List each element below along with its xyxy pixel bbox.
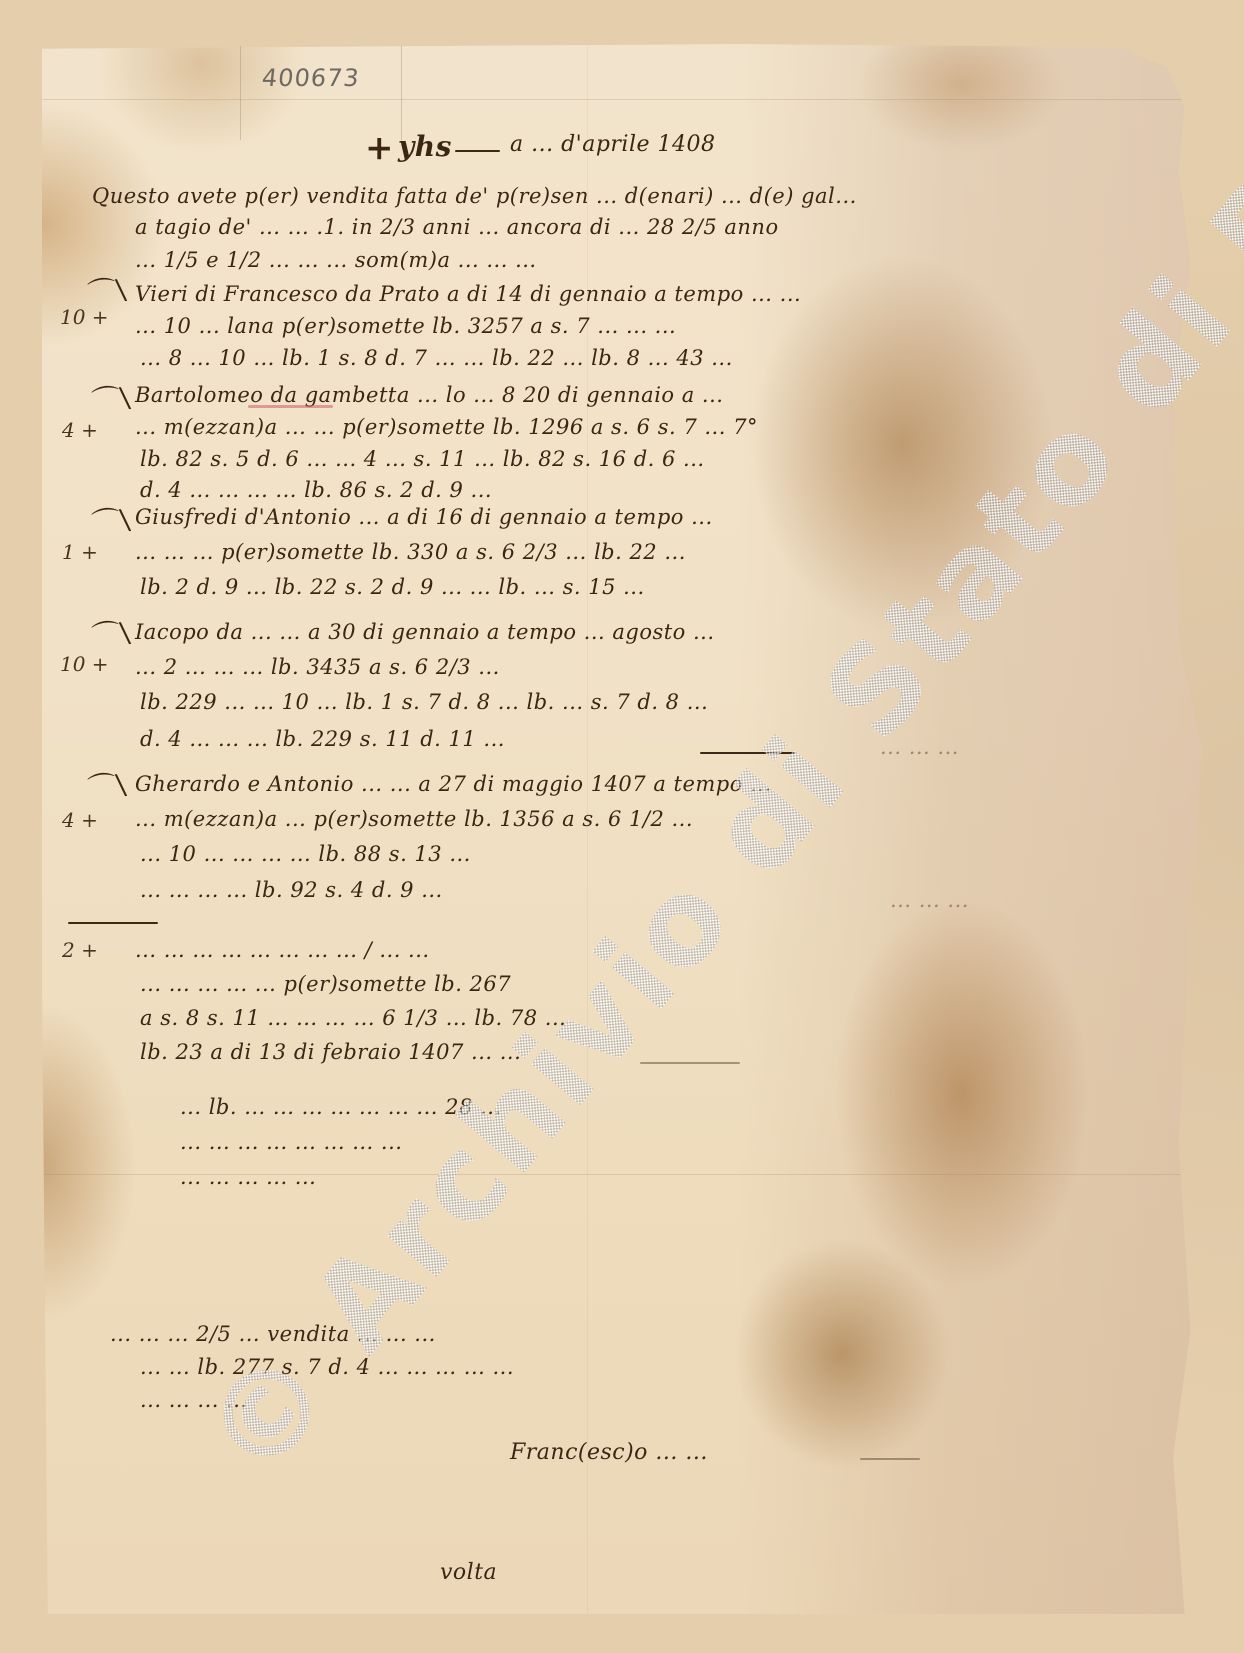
summary-line: ... ... ... ... ... [180, 1165, 316, 1189]
summary-line: ... ... ... ... ... ... ... ... [180, 1130, 402, 1154]
closing-line: ... ... ... 2/5 ... vendita ... ... ... [110, 1322, 436, 1346]
entry-line: d. 4 ... ... ... lb. 229 s. 11 d. 11 ... [140, 727, 505, 751]
entry-line: Iacopo da ... ... a 30 di gennaio a temp… [135, 620, 715, 644]
entry-margin-count: 1 + [62, 540, 98, 564]
footer-mark: volta [440, 1560, 497, 1585]
intro-line: a tagio de' ... ... .1. in 2/3 anni ... … [135, 215, 779, 239]
intro-line: ... 1/5 e 1/2 ... ... ... som(m)a ... ..… [135, 248, 537, 272]
entry-line: a s. 8 s. 11 ... ... ... ... 6 1/3 ... l… [140, 1006, 566, 1030]
entry-mark-icon: ⌒\ [89, 611, 132, 656]
closing-line: ... ... lb. 277 s. 7 d. 4 ... ... ... ..… [140, 1355, 514, 1379]
heading-rule [455, 150, 500, 152]
entry-line: ... 10 ... ... ... ... lb. 88 s. 13 ... [140, 842, 471, 866]
archive-number: 400673 [261, 64, 362, 92]
signature: Franc(esc)o ... ... [510, 1440, 708, 1465]
entry-line: d. 4 ... ... ... ... lb. 86 s. 2 d. 9 ..… [140, 478, 492, 502]
entry-line: ... m(ezzan)a ... ... p(er)somette lb. 1… [135, 415, 758, 439]
entry-line: ... 2 ... ... ... lb. 3435 a s. 6 2/3 ..… [135, 655, 500, 679]
entry-line: ... 10 ... lana p(er)somette lb. 3257 a … [135, 314, 676, 338]
red-underline-mark [248, 405, 333, 408]
entry-line: ... ... ... ... lb. 92 s. 4 d. 9 ... [140, 878, 443, 902]
entry-rule [700, 752, 795, 754]
entry-line: Gherardo e Antonio ... ... a 27 di maggi… [135, 772, 772, 796]
entry-line: ... ... ... ... ... ... ... ... / ... ..… [135, 938, 430, 962]
entry-margin-count: 10 + [60, 652, 109, 676]
right-margin-note: ... ... ... [890, 888, 969, 912]
right-margin-note: ... ... ... [880, 735, 959, 759]
entry-line: Giusfredi d'Antonio ... a di 16 di genna… [135, 505, 713, 529]
entry-line: ... ... ... ... ... p(er)somette lb. 267 [140, 972, 511, 996]
archive-label-box [240, 46, 402, 140]
entry-line: ... 8 ... 10 ... lb. 1 s. 8 d. 7 ... ...… [140, 346, 733, 370]
heading-invocation: yhs [398, 130, 452, 163]
entry-line: lb. 23 a di 13 di febraio 1407 ... ... [140, 1040, 521, 1064]
entry-line: Bartolomeo da gambetta ... lo ... 8 20 d… [135, 383, 723, 407]
signature-flourish [860, 1458, 920, 1460]
entry-line: lb. 82 s. 5 d. 6 ... ... 4 ... s. 11 ...… [140, 447, 705, 471]
entry-margin-count: 4 + [62, 808, 98, 832]
entry-line: lb. 229 ... ... 10 ... lb. 1 s. 7 d. 8 .… [140, 690, 708, 714]
fold-line [42, 99, 1202, 100]
heading-date: a ... d'aprile 1408 [510, 132, 716, 157]
entry-line: ... m(ezzan)a ... p(er)somette lb. 1356 … [135, 807, 693, 831]
entry-mark-icon: ⌒\ [89, 376, 132, 421]
heading-cross: + [365, 128, 394, 168]
closing-line: ... ... ... ... [140, 1388, 248, 1412]
entry-rule [640, 1062, 740, 1064]
entry-margin-count: 10 + [60, 305, 109, 329]
entry-mark-icon: ⌒\ [85, 763, 128, 808]
summary-line: ... lb. ... ... ... ... ... ... ... 28 .… [180, 1095, 502, 1119]
entry-line: Vieri di Francesco da Prato a di 14 di g… [135, 282, 801, 306]
entry-separator-rule [68, 922, 158, 924]
entry-line: ... ... ... p(er)somette lb. 330 a s. 6 … [135, 540, 686, 564]
entry-mark-icon: ⌒\ [89, 498, 132, 543]
entry-margin-count: 4 + [62, 418, 98, 442]
entry-line: lb. 2 d. 9 ... lb. 22 s. 2 d. 9 ... ... … [140, 575, 645, 599]
intro-line: Questo avete p(er) vendita fatta de' p(r… [92, 184, 857, 208]
entry-margin-count: 2 + [62, 938, 98, 962]
